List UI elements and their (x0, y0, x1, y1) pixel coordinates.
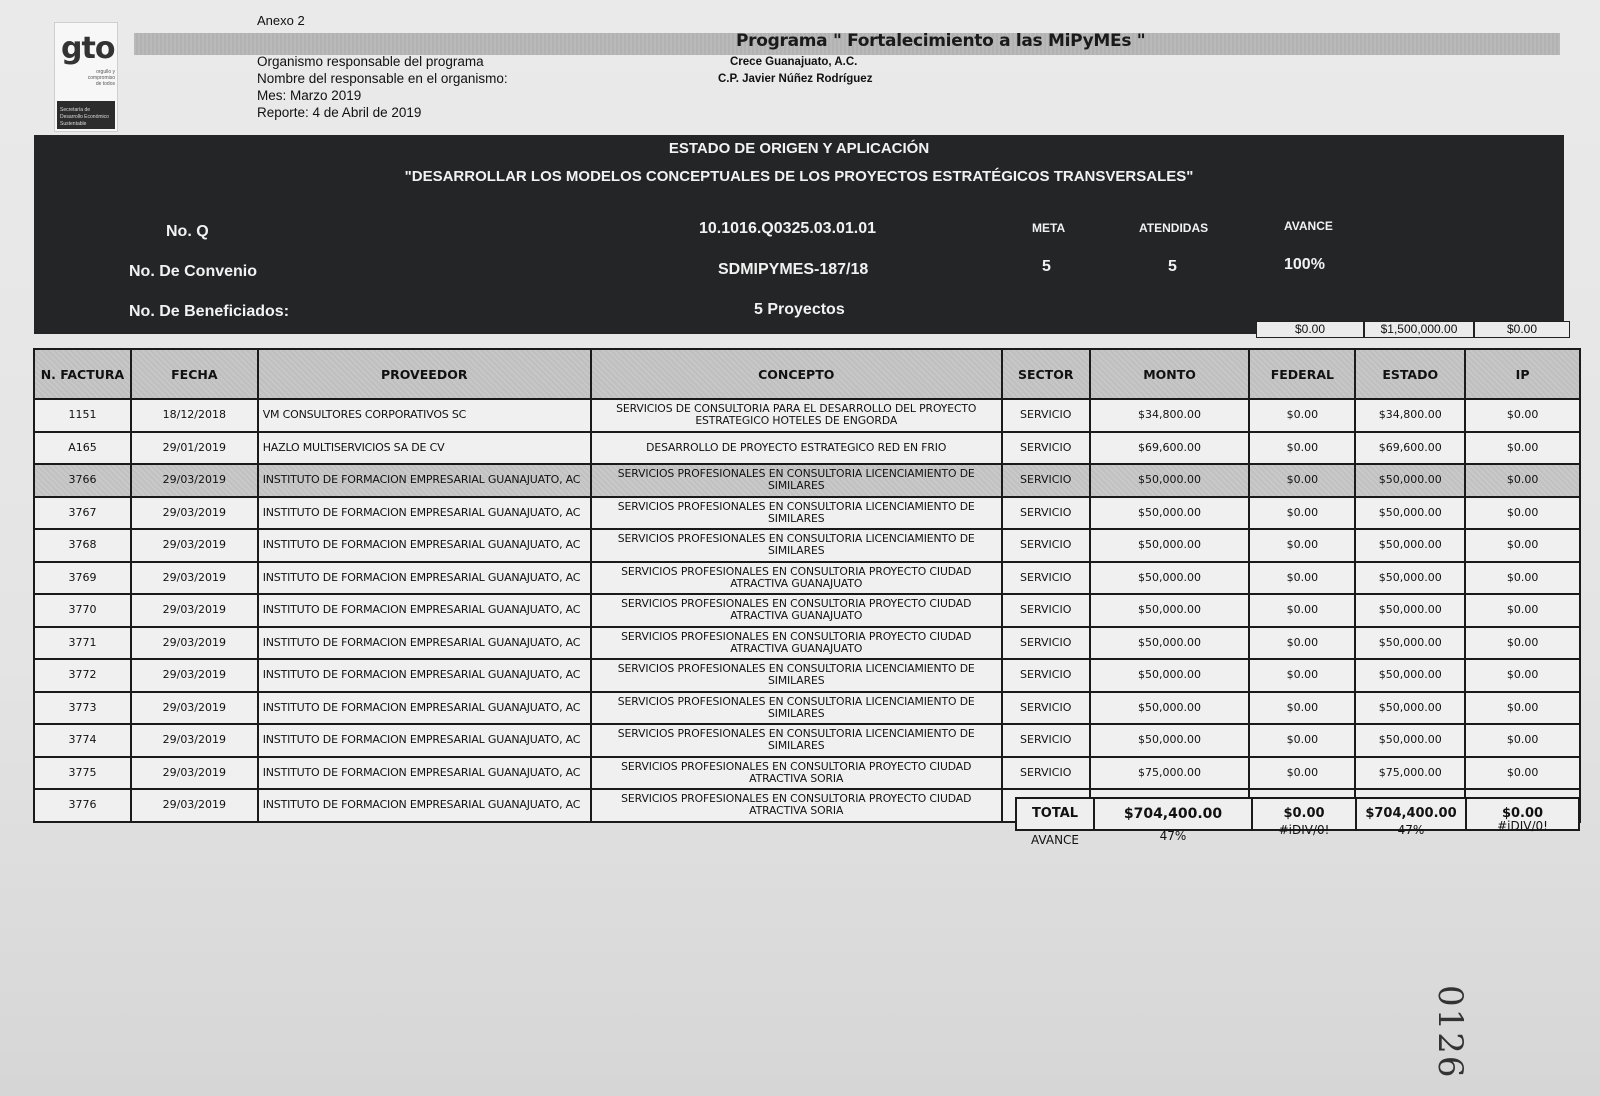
program-title: Programa " Fortalecimiento a las MiPyMEs… (736, 31, 1145, 51)
cell-ip: $0.00 (1465, 399, 1580, 432)
cell-sector: SERVICIO (1002, 659, 1090, 692)
cell-fecha: 29/01/2019 (131, 432, 258, 465)
cell-sector: SERVICIO (1002, 464, 1090, 497)
cell-factura: A165 (34, 432, 131, 465)
cell-fecha: 29/03/2019 (131, 529, 258, 562)
avance-ip: #iDIV/0! (1465, 819, 1580, 833)
cell-fecha: 18/12/2018 (131, 399, 258, 432)
table-row: 377029/03/2019INSTITUTO DE FORMACION EMP… (34, 594, 1580, 627)
cell-federal: $0.00 (1249, 529, 1355, 562)
cell-ip: $0.00 (1465, 594, 1580, 627)
cell-proveedor: INSTITUTO DE FORMACION EMPRESARIAL GUANA… (258, 692, 591, 725)
table-row: 377329/03/2019INSTITUTO DE FORMACION EMP… (34, 692, 1580, 725)
cell-sector: SERVICIO (1002, 399, 1090, 432)
table-row: 377429/03/2019INSTITUTO DE FORMACION EMP… (34, 724, 1580, 757)
cell-federal: $0.00 (1249, 497, 1355, 530)
cell-factura: 3776 (34, 789, 131, 822)
cell-concepto: SERVICIOS PROFESIONALES EN CONSULTORIA P… (591, 594, 1002, 627)
cell-ip: $0.00 (1465, 757, 1580, 790)
no-q-value: 10.1016.Q0325.03.01.01 (699, 220, 876, 238)
cell-concepto: SERVICIOS DE CONSULTORIA PARA EL DESARRO… (591, 399, 1002, 432)
col-header-monto: MONTO (1090, 349, 1250, 399)
cell-federal: $0.00 (1249, 724, 1355, 757)
cell-proveedor: INSTITUTO DE FORMACION EMPRESARIAL GUANA… (258, 497, 591, 530)
cell-sector: SERVICIO (1002, 724, 1090, 757)
table-row: 376829/03/2019INSTITUTO DE FORMACION EMP… (34, 529, 1580, 562)
logo-text: gto (61, 31, 114, 66)
cell-ip: $0.00 (1465, 627, 1580, 660)
band-subtitle: "DESARROLLAR LOS MODELOS CONCEPTUALES DE… (34, 168, 1564, 185)
cell-sector: SERVICIO (1002, 692, 1090, 725)
cell-factura: 3766 (34, 464, 131, 497)
cell-concepto: SERVICIOS PROFESIONALES EN CONSULTORIA L… (591, 464, 1002, 497)
atendidas-label: ATENDIDAS (1139, 221, 1208, 235)
cell-federal: $0.00 (1249, 659, 1355, 692)
gto-logo: gto orgullo y compromiso de todos Secret… (54, 22, 118, 132)
table-row: 376929/03/2019INSTITUTO DE FORMACION EMP… (34, 562, 1580, 595)
cell-federal: $0.00 (1249, 464, 1355, 497)
cell-federal: $0.00 (1249, 692, 1355, 725)
cell-sector: SERVICIO (1002, 529, 1090, 562)
meta-value-organismo: Crece Guanajuato, A.C. (718, 54, 872, 71)
cell-concepto: SERVICIOS PROFESIONALES EN CONSULTORIA L… (591, 724, 1002, 757)
cell-factura: 3772 (34, 659, 131, 692)
cell-monto: $50,000.00 (1090, 627, 1250, 660)
avance-estado: 47% (1355, 823, 1467, 837)
cell-federal: $0.00 (1249, 432, 1355, 465)
cell-monto: $50,000.00 (1090, 659, 1250, 692)
col-header-factura: N. FACTURA (34, 349, 131, 399)
cell-sector: SERVICIO (1002, 562, 1090, 595)
cell-estado: $50,000.00 (1355, 529, 1465, 562)
total-label: TOTAL (1015, 797, 1095, 831)
cell-fecha: 29/03/2019 (131, 464, 258, 497)
logo-tagline: orgullo y compromiso de todos (85, 69, 115, 87)
cell-monto: $50,000.00 (1090, 464, 1250, 497)
cell-factura: 3771 (34, 627, 131, 660)
cell-monto: $50,000.00 (1090, 692, 1250, 725)
meta-value: 5 (1042, 258, 1051, 276)
cell-estado: $50,000.00 (1355, 497, 1465, 530)
budget-federal: $0.00 (1256, 321, 1364, 338)
cell-proveedor: INSTITUTO DE FORMACION EMPRESARIAL GUANA… (258, 627, 591, 660)
cell-factura: 3773 (34, 692, 131, 725)
meta-label-responsable: Nombre del responsable en el organismo: (257, 70, 508, 87)
cell-fecha: 29/03/2019 (131, 789, 258, 822)
page-stamp: 0126 (1430, 985, 1470, 1080)
summary-band: ESTADO DE ORIGEN Y APLICACIÓN "DESARROLL… (34, 135, 1564, 334)
cell-monto: $50,000.00 (1090, 562, 1250, 595)
cell-fecha: 29/03/2019 (131, 724, 258, 757)
cell-concepto: DESARROLLO DE PROYECTO ESTRATEGICO RED E… (591, 432, 1002, 465)
cell-concepto: SERVICIOS PROFESIONALES EN CONSULTORIA L… (591, 497, 1002, 530)
avance-federal: #iDIV/0! (1251, 823, 1357, 837)
cell-proveedor: INSTITUTO DE FORMACION EMPRESARIAL GUANA… (258, 757, 591, 790)
meta-label-organismo: Organismo responsable del programa (257, 53, 508, 70)
cell-sector: SERVICIO (1002, 497, 1090, 530)
cell-ip: $0.00 (1465, 529, 1580, 562)
cell-concepto: SERVICIOS PROFESIONALES EN CONSULTORIA P… (591, 627, 1002, 660)
beneficiados-value: 5 Proyectos (754, 301, 845, 319)
logo-subtext: Secretaría de Desarrollo Económico Suste… (57, 101, 115, 129)
cell-ip: $0.00 (1465, 692, 1580, 725)
cell-ip: $0.00 (1465, 432, 1580, 465)
cell-federal: $0.00 (1249, 757, 1355, 790)
avance-monto: 47% (1093, 829, 1253, 843)
cell-estado: $34,800.00 (1355, 399, 1465, 432)
cell-fecha: 29/03/2019 (131, 594, 258, 627)
invoice-table: N. FACTURA FECHA PROVEEDOR CONCEPTO SECT… (33, 348, 1581, 823)
cell-estado: $50,000.00 (1355, 562, 1465, 595)
table-header-row: N. FACTURA FECHA PROVEEDOR CONCEPTO SECT… (34, 349, 1580, 399)
cell-factura: 3775 (34, 757, 131, 790)
cell-federal: $0.00 (1249, 562, 1355, 595)
cell-ip: $0.00 (1465, 464, 1580, 497)
cell-federal: $0.00 (1249, 594, 1355, 627)
cell-ip: $0.00 (1465, 562, 1580, 595)
budget-estado: $1,500,000.00 (1364, 321, 1474, 338)
cell-sector: SERVICIO (1002, 594, 1090, 627)
cell-federal: $0.00 (1249, 627, 1355, 660)
band-title: ESTADO DE ORIGEN Y APLICACIÓN (34, 140, 1564, 157)
annex-label: Anexo 2 (257, 13, 305, 28)
cell-factura: 3769 (34, 562, 131, 595)
meta-label-reporte: Reporte: 4 de Abril de 2019 (257, 104, 508, 121)
cell-concepto: SERVICIOS PROFESIONALES EN CONSULTORIA P… (591, 789, 1002, 822)
cell-fecha: 29/03/2019 (131, 562, 258, 595)
cell-proveedor: VM CONSULTORES CORPORATIVOS SC (258, 399, 591, 432)
col-header-proveedor: PROVEEDOR (258, 349, 591, 399)
cell-fecha: 29/03/2019 (131, 627, 258, 660)
meta-label: META (1032, 221, 1065, 235)
cell-factura: 3770 (34, 594, 131, 627)
avance-value: 100% (1284, 256, 1325, 274)
cell-factura: 3768 (34, 529, 131, 562)
cell-monto: $75,000.00 (1090, 757, 1250, 790)
cell-proveedor: HAZLO MULTISERVICIOS SA DE CV (258, 432, 591, 465)
table-row: 115118/12/2018VM CONSULTORES CORPORATIVO… (34, 399, 1580, 432)
col-header-fecha: FECHA (131, 349, 258, 399)
cell-sector: SERVICIO (1002, 757, 1090, 790)
col-header-federal: FEDERAL (1249, 349, 1355, 399)
avance-label: AVANCE (1284, 219, 1333, 233)
cell-factura: 3767 (34, 497, 131, 530)
cell-fecha: 29/03/2019 (131, 692, 258, 725)
table-row: 377529/03/2019INSTITUTO DE FORMACION EMP… (34, 757, 1580, 790)
convenio-value: SDMIPYMES-187/18 (718, 261, 868, 279)
cell-proveedor: INSTITUTO DE FORMACION EMPRESARIAL GUANA… (258, 724, 591, 757)
cell-sector: SERVICIO (1002, 432, 1090, 465)
cell-concepto: SERVICIOS PROFESIONALES EN CONSULTORIA P… (591, 562, 1002, 595)
table-row: 376629/03/2019INSTITUTO DE FORMACION EMP… (34, 464, 1580, 497)
cell-monto: $50,000.00 (1090, 594, 1250, 627)
cell-proveedor: INSTITUTO DE FORMACION EMPRESARIAL GUANA… (258, 529, 591, 562)
cell-concepto: SERVICIOS PROFESIONALES EN CONSULTORIA L… (591, 659, 1002, 692)
col-header-ip: IP (1465, 349, 1580, 399)
cell-proveedor: INSTITUTO DE FORMACION EMPRESARIAL GUANA… (258, 464, 591, 497)
cell-concepto: SERVICIOS PROFESIONALES EN CONSULTORIA L… (591, 692, 1002, 725)
cell-fecha: 29/03/2019 (131, 659, 258, 692)
table-row: 377229/03/2019INSTITUTO DE FORMACION EMP… (34, 659, 1580, 692)
cell-sector: SERVICIO (1002, 627, 1090, 660)
cell-proveedor: INSTITUTO DE FORMACION EMPRESARIAL GUANA… (258, 789, 591, 822)
atendidas-value: 5 (1168, 258, 1177, 276)
meta-values: Crece Guanajuato, A.C. C.P. Javier Núñez… (718, 54, 872, 88)
cell-monto: $50,000.00 (1090, 497, 1250, 530)
col-header-sector: SECTOR (1002, 349, 1090, 399)
cell-fecha: 29/03/2019 (131, 497, 258, 530)
cell-monto: $69,600.00 (1090, 432, 1250, 465)
meta-value-responsable: C.P. Javier Núñez Rodríguez (718, 71, 872, 88)
cell-ip: $0.00 (1465, 497, 1580, 530)
cell-estado: $69,600.00 (1355, 432, 1465, 465)
beneficiados-label: No. De Beneficiados: (129, 303, 289, 321)
cell-proveedor: INSTITUTO DE FORMACION EMPRESARIAL GUANA… (258, 659, 591, 692)
convenio-label: No. De Convenio (129, 263, 257, 281)
cell-ip: $0.00 (1465, 724, 1580, 757)
document-page: gto orgullo y compromiso de todos Secret… (0, 0, 1600, 1096)
col-header-concepto: CONCEPTO (591, 349, 1002, 399)
cell-estado: $50,000.00 (1355, 464, 1465, 497)
cell-factura: 1151 (34, 399, 131, 432)
cell-proveedor: INSTITUTO DE FORMACION EMPRESARIAL GUANA… (258, 562, 591, 595)
budget-ip: $0.00 (1474, 321, 1570, 338)
cell-monto: $50,000.00 (1090, 724, 1250, 757)
cell-proveedor: INSTITUTO DE FORMACION EMPRESARIAL GUANA… (258, 594, 591, 627)
col-header-estado: ESTADO (1355, 349, 1465, 399)
table-row: 377129/03/2019INSTITUTO DE FORMACION EMP… (34, 627, 1580, 660)
cell-fecha: 29/03/2019 (131, 757, 258, 790)
cell-estado: $50,000.00 (1355, 724, 1465, 757)
cell-concepto: SERVICIOS PROFESIONALES EN CONSULTORIA P… (591, 757, 1002, 790)
table-row: 376729/03/2019INSTITUTO DE FORMACION EMP… (34, 497, 1580, 530)
table-body: 115118/12/2018VM CONSULTORES CORPORATIVO… (34, 399, 1580, 822)
total-monto: $704,400.00 (1093, 797, 1253, 831)
avance-row-label: AVANCE (1015, 833, 1095, 847)
cell-concepto: SERVICIOS PROFESIONALES EN CONSULTORIA L… (591, 529, 1002, 562)
cell-factura: 3774 (34, 724, 131, 757)
cell-estado: $50,000.00 (1355, 627, 1465, 660)
cell-monto: $34,800.00 (1090, 399, 1250, 432)
cell-estado: $75,000.00 (1355, 757, 1465, 790)
meta-label-mes: Mes: Marzo 2019 (257, 87, 508, 104)
table-row: A16529/01/2019HAZLO MULTISERVICIOS SA DE… (34, 432, 1580, 465)
cell-federal: $0.00 (1249, 399, 1355, 432)
cell-ip: $0.00 (1465, 659, 1580, 692)
no-q-label: No. Q (166, 223, 209, 241)
meta-labels: Organismo responsable del programa Nombr… (257, 53, 508, 121)
cell-estado: $50,000.00 (1355, 594, 1465, 627)
cell-monto: $50,000.00 (1090, 529, 1250, 562)
cell-estado: $50,000.00 (1355, 692, 1465, 725)
cell-estado: $50,000.00 (1355, 659, 1465, 692)
